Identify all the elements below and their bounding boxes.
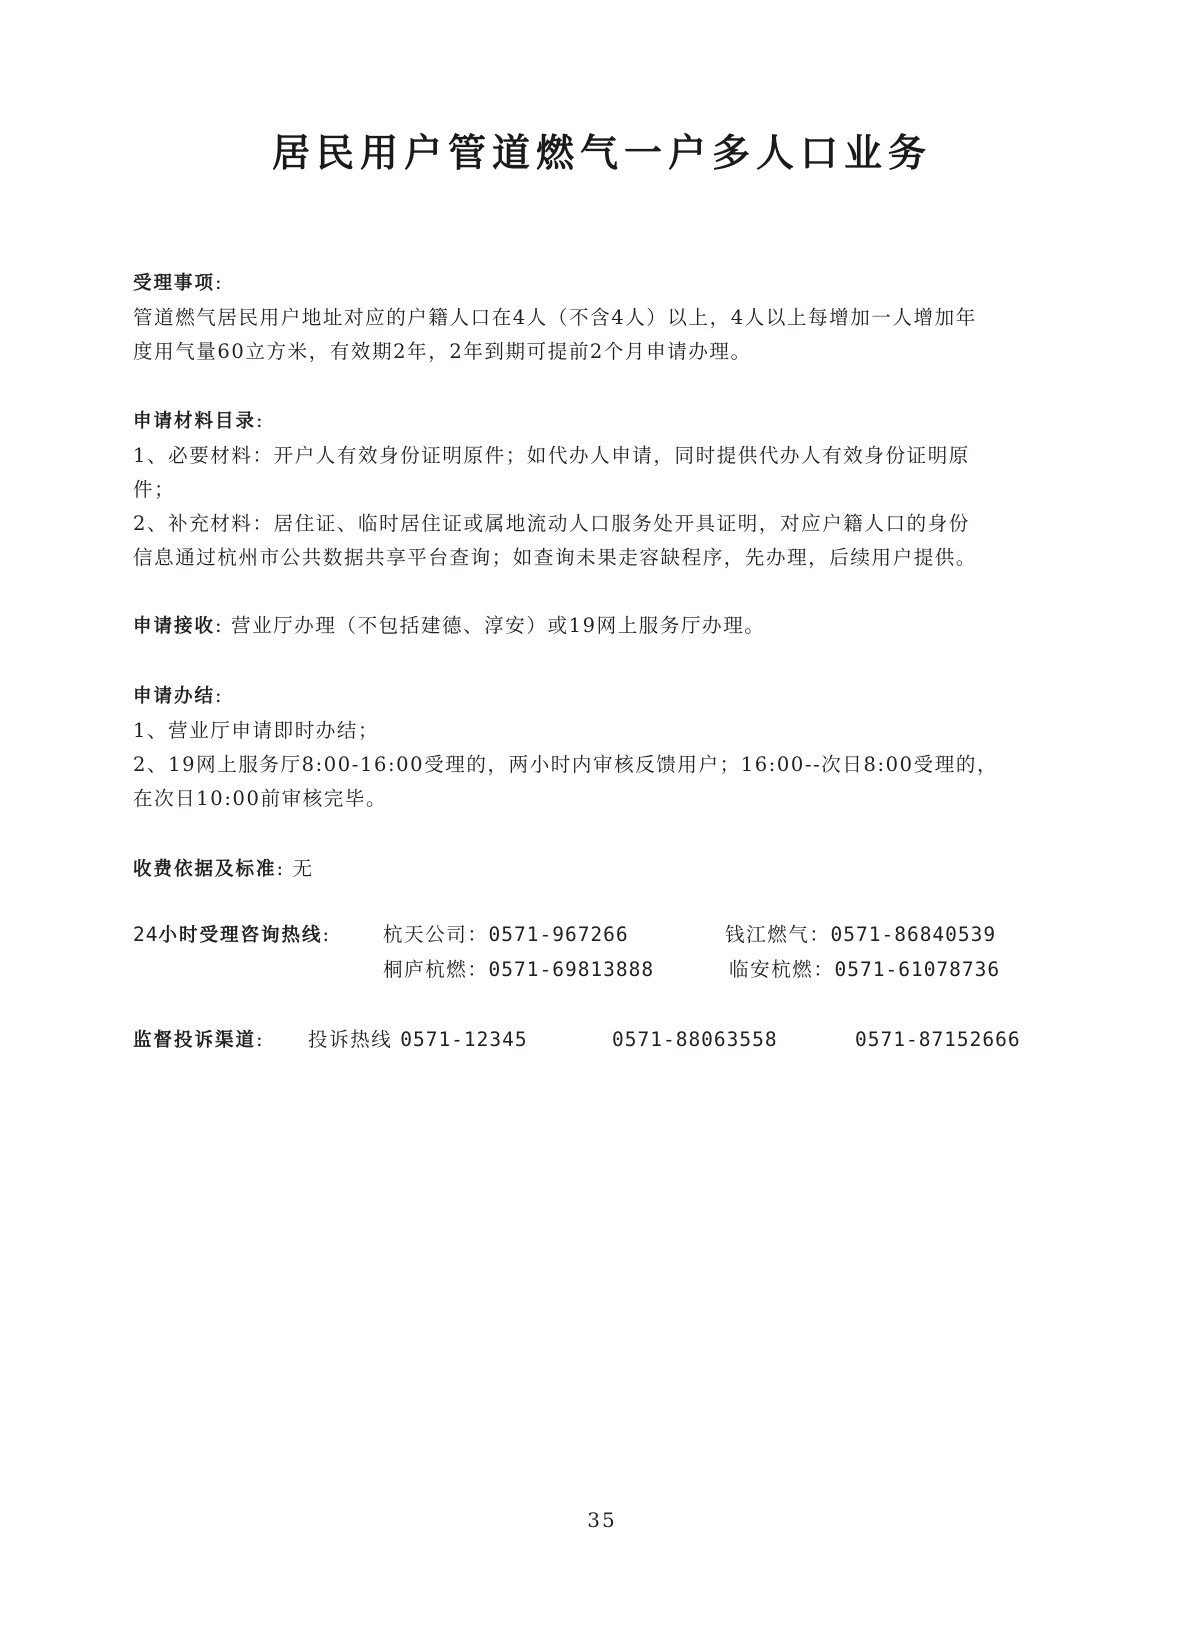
section-value: 无 [285,857,314,880]
section-heading: 申请接收 [133,616,215,637]
list-item: 件； [133,473,1113,507]
section-heading: 申请办结 [133,686,215,707]
phone-number: 0571-967266 [489,923,629,946]
hotline-heading: 24小时受理咨询热线: [133,918,331,953]
hotline-entry: 桐庐杭燃：0571-69813888 [383,953,654,987]
hotline-entry: 钱江燃气：0571-86840539 [725,918,996,952]
complaint-heading: 监督投诉渠道: [133,1023,264,1058]
section-heading: 受理事项 [133,273,215,294]
section-heading: 收费依据及标准 [133,859,277,880]
complaint-hotline: 投诉热线 0571-12345 [308,1023,528,1057]
phone-number: 0571-88063558 [612,1028,778,1051]
hotline-entry: 临安杭燃：0571-61078736 [729,953,1000,987]
paragraph-line: 度用气量60立方米，有效期2年，2年到期可提前2个月申请办理。 [133,335,1113,369]
page-title: 居民用户管道燃气一户多人口业务 [0,122,1204,177]
list-item: 信息通过杭州市公共数据共享平台查询；如查询未果走容缺程序，先办理，后续用户提供。 [133,541,1113,575]
phone-number: 0571-12345 [400,1028,527,1051]
hotline-entry: 杭天公司：0571-967266 [383,918,629,952]
list-item: 在次日10:00前审核完毕。 [133,782,1113,816]
section-heading: 申请材料目录 [133,411,256,432]
section-materials: 申请材料目录: 1、必要材料：开户人有效身份证明原件；如代办人申请，同时提供代办… [133,404,1113,575]
phone-number: 0571-86840539 [831,923,997,946]
page-number: 35 [0,1508,1204,1532]
section-scope: 受理事项: 管道燃气居民用户地址对应的户籍人口在4人（不含4人）以上，4人以上每… [133,266,1113,369]
complaint-phone: 0571-88063558 [612,1023,778,1057]
paragraph-line: 管道燃气居民用户地址对应的户籍人口在4人（不含4人）以上，4人以上每增加一人增加… [133,301,1113,335]
section-fee: 收费依据及标准: 无 [133,852,1113,887]
list-item: 2、19网上服务厅8:00-16:00受理的，两小时内审核反馈用户；16:00-… [133,748,1113,782]
list-item: 1、必要材料：开户人有效身份证明原件；如代办人申请，同时提供代办人有效身份证明原 [133,439,1113,473]
section-complete: 申请办结: 1、营业厅申请即时办结； 2、19网上服务厅8:00-16:00受理… [133,679,1113,816]
list-item: 1、营业厅申请即时办结； [133,714,1113,748]
phone-number: 0571-69813888 [489,958,655,981]
section-receive: 申请接收: 营业厅办理（不包括建德、淳安）或19网上服务厅办理。 [133,609,1113,644]
complaint-phone: 0571-87152666 [855,1023,1021,1057]
list-item: 2、补充材料：居住证、临时居住证或属地流动人口服务处开具证明，对应户籍人口的身份 [133,507,1113,541]
phone-number: 0571-87152666 [855,1028,1021,1051]
section-value: 营业厅办理（不包括建德、淳安）或19网上服务厅办理。 [223,614,765,637]
phone-number: 0571-61078736 [835,958,1001,981]
